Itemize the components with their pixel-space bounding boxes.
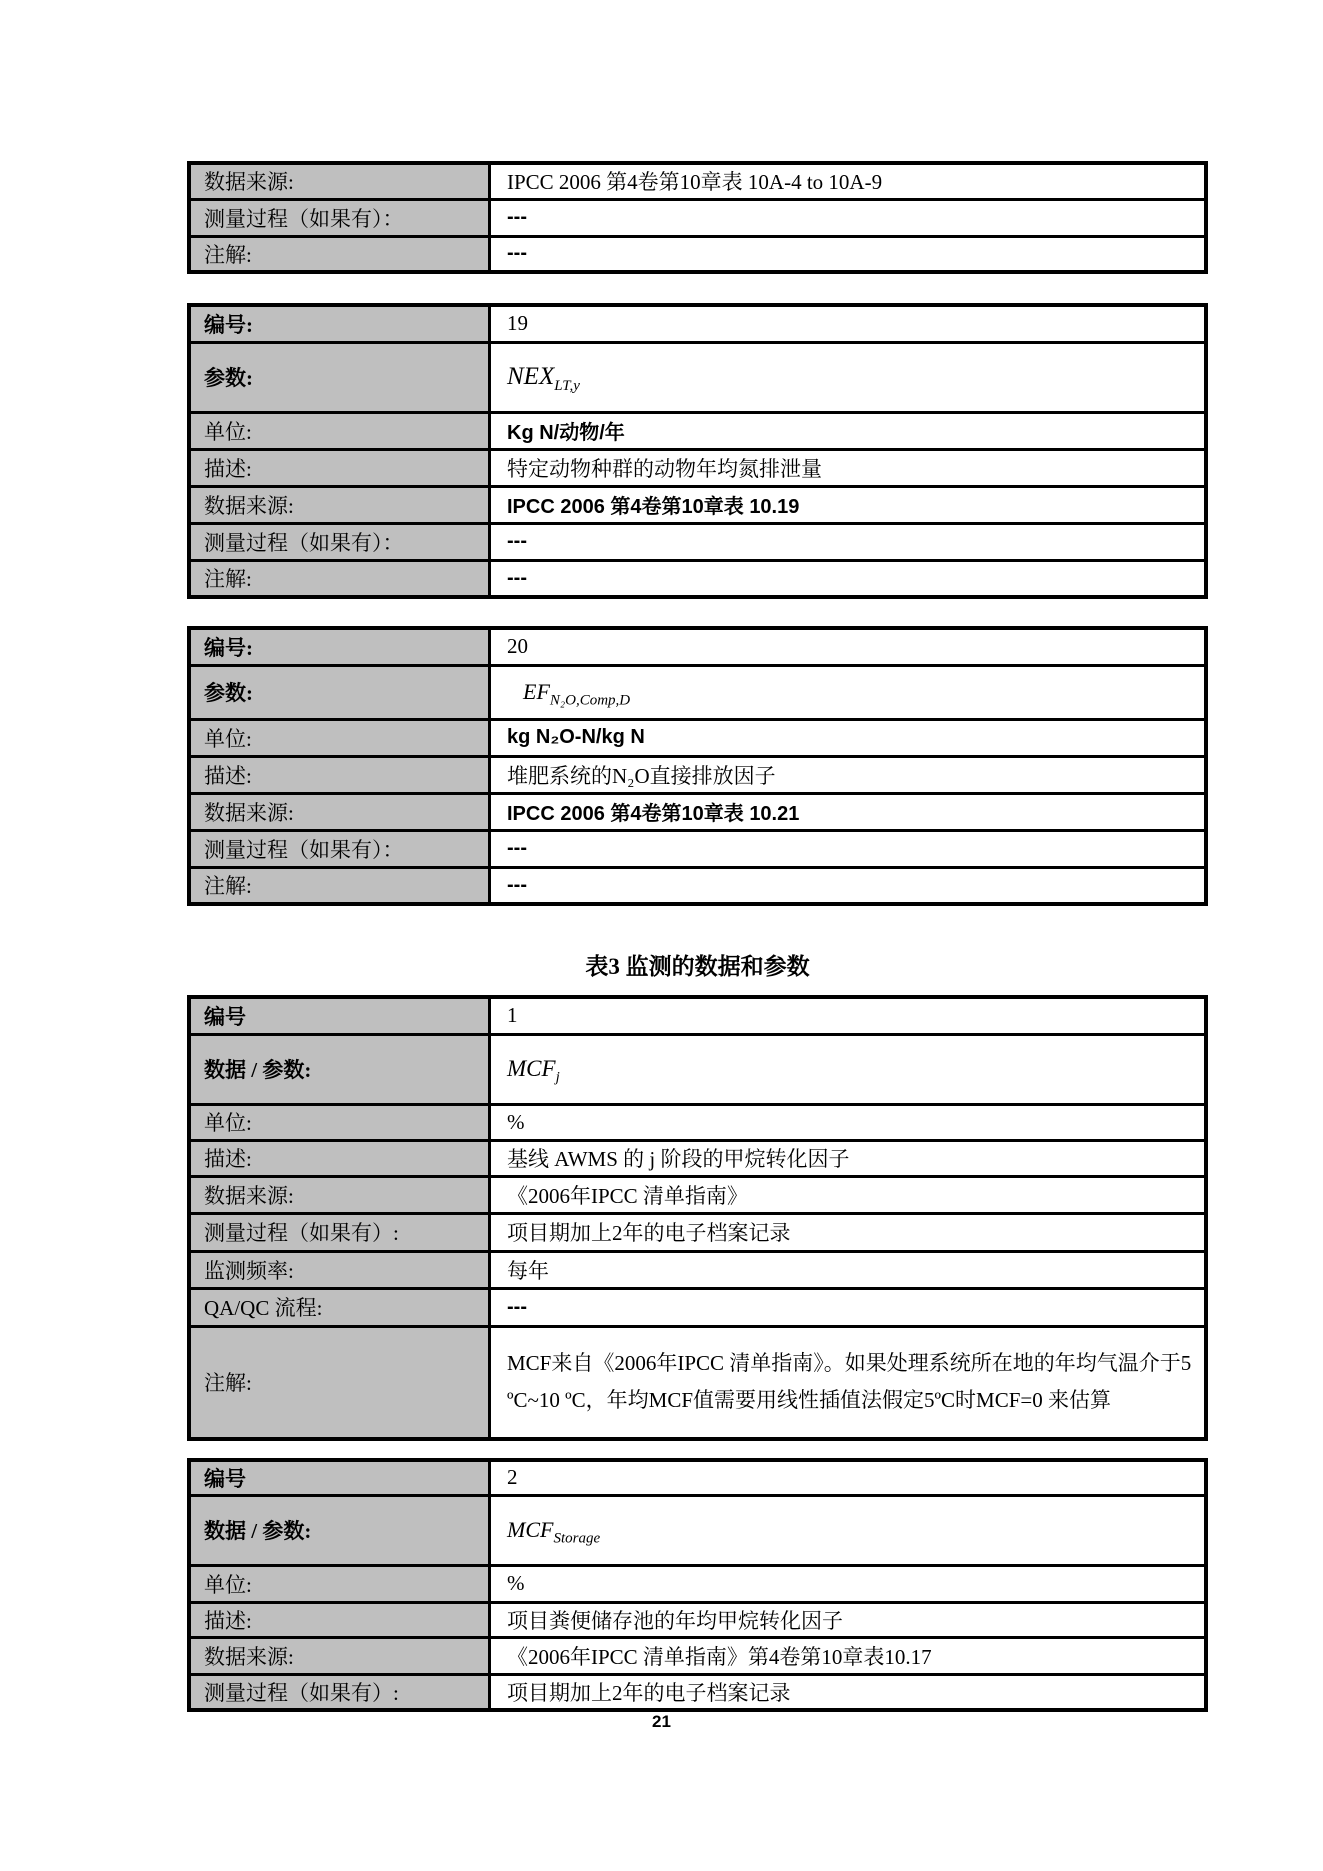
table-row: 注解: --- [189, 560, 1206, 597]
formula-base: NEX [507, 363, 554, 390]
table-row: 编号 2 [189, 1460, 1206, 1495]
table-row: 描述: 项目粪便储存池的年均甲烷转化因子 [189, 1602, 1206, 1637]
formula-subscript: j [556, 1070, 560, 1086]
table-row: 编号 1 [189, 997, 1206, 1034]
row-label: 注解: [189, 560, 490, 597]
row-value: 19 [490, 305, 1207, 342]
row-value: Kg N/动物/年 [490, 412, 1207, 449]
table-row: 注解: --- [189, 236, 1206, 272]
row-value: IPCC 2006 第4卷第10章表 10.21 [490, 793, 1207, 830]
row-label: 测量过程（如果有）: [189, 1213, 490, 1251]
formula-base: MCF [507, 1056, 556, 1081]
row-label: 描述: [189, 1140, 490, 1176]
page: 数据来源: IPCC 2006 第4卷第10章表 10A-4 to 10A-9 … [0, 0, 1323, 1871]
table-row: 单位: kg N₂O-N/kg N [189, 719, 1206, 756]
row-value: MCF来自《2006年IPCC 清单指南》。如果处理系统所在地的年均气温介于5 … [490, 1326, 1207, 1439]
row-label: 单位: [189, 1104, 490, 1140]
row-label: 数据 / 参数: [189, 1034, 490, 1104]
formula-subscript: N₂O,Comp,D [550, 692, 630, 708]
row-label: 单位: [189, 412, 490, 449]
parameter-formula: EFN₂O,Comp,D [523, 679, 630, 704]
row-label: 测量过程（如果有）： [189, 199, 490, 236]
row-value: IPCC 2006 第4卷第10章表 10A-4 to 10A-9 [490, 163, 1207, 199]
row-value: NEXLT,y [490, 342, 1207, 412]
table-row: 单位: % [189, 1565, 1206, 1602]
monitoring-table-2: 编号 2 数据 / 参数: MCFStorage 单位: % 描述: 项目粪便储… [187, 1458, 1208, 1712]
row-label: 测量过程（如果有）： [189, 830, 490, 867]
row-label: 编号 [189, 1460, 490, 1495]
row-value: EFN₂O,Comp,D [490, 665, 1207, 719]
row-value: --- [490, 1288, 1207, 1326]
row-value: 20 [490, 628, 1207, 665]
row-label: 测量过程（如果有）: [189, 1674, 490, 1710]
table-row: 数据来源: IPCC 2006 第4卷第10章表 10A-4 to 10A-9 [189, 163, 1206, 199]
row-value: 每年 [490, 1251, 1207, 1288]
row-value: --- [490, 560, 1207, 597]
monitoring-table-1: 编号 1 数据 / 参数: MCFj 单位: % 描述: 基线 AWMS 的 j… [187, 995, 1208, 1441]
table-row: 数据 / 参数: MCFj [189, 1034, 1206, 1104]
row-value: --- [490, 199, 1207, 236]
table-row: 参数: NEXLT,y [189, 342, 1206, 412]
row-label: 注解: [189, 236, 490, 272]
row-label: 单位: [189, 1565, 490, 1602]
row-label: 数据来源: [189, 1176, 490, 1213]
table-row: 单位: Kg N/动物/年 [189, 412, 1206, 449]
row-value: --- [490, 867, 1207, 904]
row-label: 注解: [189, 1326, 490, 1439]
table-row: 测量过程（如果有）: 项目期加上2年的电子档案记录 [189, 1674, 1206, 1710]
row-value: MCFStorage [490, 1495, 1207, 1565]
row-value: 堆肥系统的N₂O直接排放因子 [490, 756, 1207, 793]
row-value: 项目期加上2年的电子档案记录 [490, 1213, 1207, 1251]
row-label: 数据 / 参数: [189, 1495, 490, 1565]
parameter-formula: MCFStorage [507, 1517, 600, 1542]
row-label: 描述: [189, 449, 490, 486]
row-label: 描述: [189, 756, 490, 793]
row-value: % [490, 1104, 1207, 1140]
table-row: 测量过程（如果有）： --- [189, 199, 1206, 236]
table-row: 数据 / 参数: MCFStorage [189, 1495, 1206, 1565]
row-label: 参数: [189, 342, 490, 412]
row-label: 描述: [189, 1602, 490, 1637]
parameter-formula: NEXLT,y [507, 363, 580, 390]
row-label: 数据来源: [189, 486, 490, 523]
table-row: 描述: 特定动物种群的动物年均氮排泄量 [189, 449, 1206, 486]
parameter-table-19: 编号: 19 参数: NEXLT,y 单位: Kg N/动物/年 描述: 特定动… [187, 303, 1208, 599]
row-value: 《2006年IPCC 清单指南》 [490, 1176, 1207, 1213]
table3-heading: 表3 监测的数据和参数 [187, 948, 1208, 981]
table-row: 数据来源: 《2006年IPCC 清单指南》 [189, 1176, 1206, 1213]
row-label: 测量过程（如果有）： [189, 523, 490, 560]
row-value: 《2006年IPCC 清单指南》第4卷第10章表10.17 [490, 1637, 1207, 1674]
row-value: MCFj [490, 1034, 1207, 1104]
row-label: 编号 [189, 997, 490, 1034]
formula-base: EF [523, 679, 550, 704]
row-label: 数据来源: [189, 793, 490, 830]
parameter-table-20: 编号: 20 参数: EFN₂O,Comp,D 单位: kg N₂O-N/kg … [187, 626, 1208, 906]
row-label: 监测频率: [189, 1251, 490, 1288]
row-value: --- [490, 236, 1207, 272]
table-row: QA/QC 流程: --- [189, 1288, 1206, 1326]
row-label: QA/QC 流程: [189, 1288, 490, 1326]
row-value: 基线 AWMS 的 j 阶段的甲烷转化因子 [490, 1140, 1207, 1176]
row-value: --- [490, 830, 1207, 867]
table-row: 注解: --- [189, 867, 1206, 904]
row-label: 数据来源: [189, 1637, 490, 1674]
table-row: 测量过程（如果有）： --- [189, 830, 1206, 867]
formula-subscript: Storage [553, 1530, 600, 1546]
row-value: 特定动物种群的动物年均氮排泄量 [490, 449, 1207, 486]
table-row: 数据来源: IPCC 2006 第4卷第10章表 10.21 [189, 793, 1206, 830]
row-value: % [490, 1565, 1207, 1602]
row-value: 项目期加上2年的电子档案记录 [490, 1674, 1207, 1710]
row-value: 1 [490, 997, 1207, 1034]
row-label: 注解: [189, 867, 490, 904]
table-row: 监测频率: 每年 [189, 1251, 1206, 1288]
table-row: 单位: % [189, 1104, 1206, 1140]
table-row: 参数: EFN₂O,Comp,D [189, 665, 1206, 719]
row-label: 参数: [189, 665, 490, 719]
row-value: --- [490, 523, 1207, 560]
table-row: 数据来源: 《2006年IPCC 清单指南》第4卷第10章表10.17 [189, 1637, 1206, 1674]
row-label: 数据来源: [189, 163, 490, 199]
table-row: 注解: MCF来自《2006年IPCC 清单指南》。如果处理系统所在地的年均气温… [189, 1326, 1206, 1439]
formula-subscript: LT,y [554, 378, 580, 394]
table-row: 数据来源: IPCC 2006 第4卷第10章表 10.19 [189, 486, 1206, 523]
row-value: 项目粪便储存池的年均甲烷转化因子 [490, 1602, 1207, 1637]
table-row: 测量过程（如果有）： --- [189, 523, 1206, 560]
table-row: 描述: 基线 AWMS 的 j 阶段的甲烷转化因子 [189, 1140, 1206, 1176]
row-label: 单位: [189, 719, 490, 756]
table-row: 测量过程（如果有）: 项目期加上2年的电子档案记录 [189, 1213, 1206, 1251]
parameter-formula: MCFj [507, 1056, 560, 1081]
row-value: IPCC 2006 第4卷第10章表 10.19 [490, 486, 1207, 523]
table-row: 编号: 20 [189, 628, 1206, 665]
page-number: 21 [0, 1712, 1323, 1732]
parameter-table-tail: 数据来源: IPCC 2006 第4卷第10章表 10A-4 to 10A-9 … [187, 161, 1208, 274]
table-row: 编号: 19 [189, 305, 1206, 342]
row-label: 编号: [189, 305, 490, 342]
table-row: 描述: 堆肥系统的N₂O直接排放因子 [189, 756, 1206, 793]
row-value: 2 [490, 1460, 1207, 1495]
formula-base: MCF [507, 1517, 553, 1542]
row-value: kg N₂O-N/kg N [490, 719, 1207, 756]
row-label: 编号: [189, 628, 490, 665]
